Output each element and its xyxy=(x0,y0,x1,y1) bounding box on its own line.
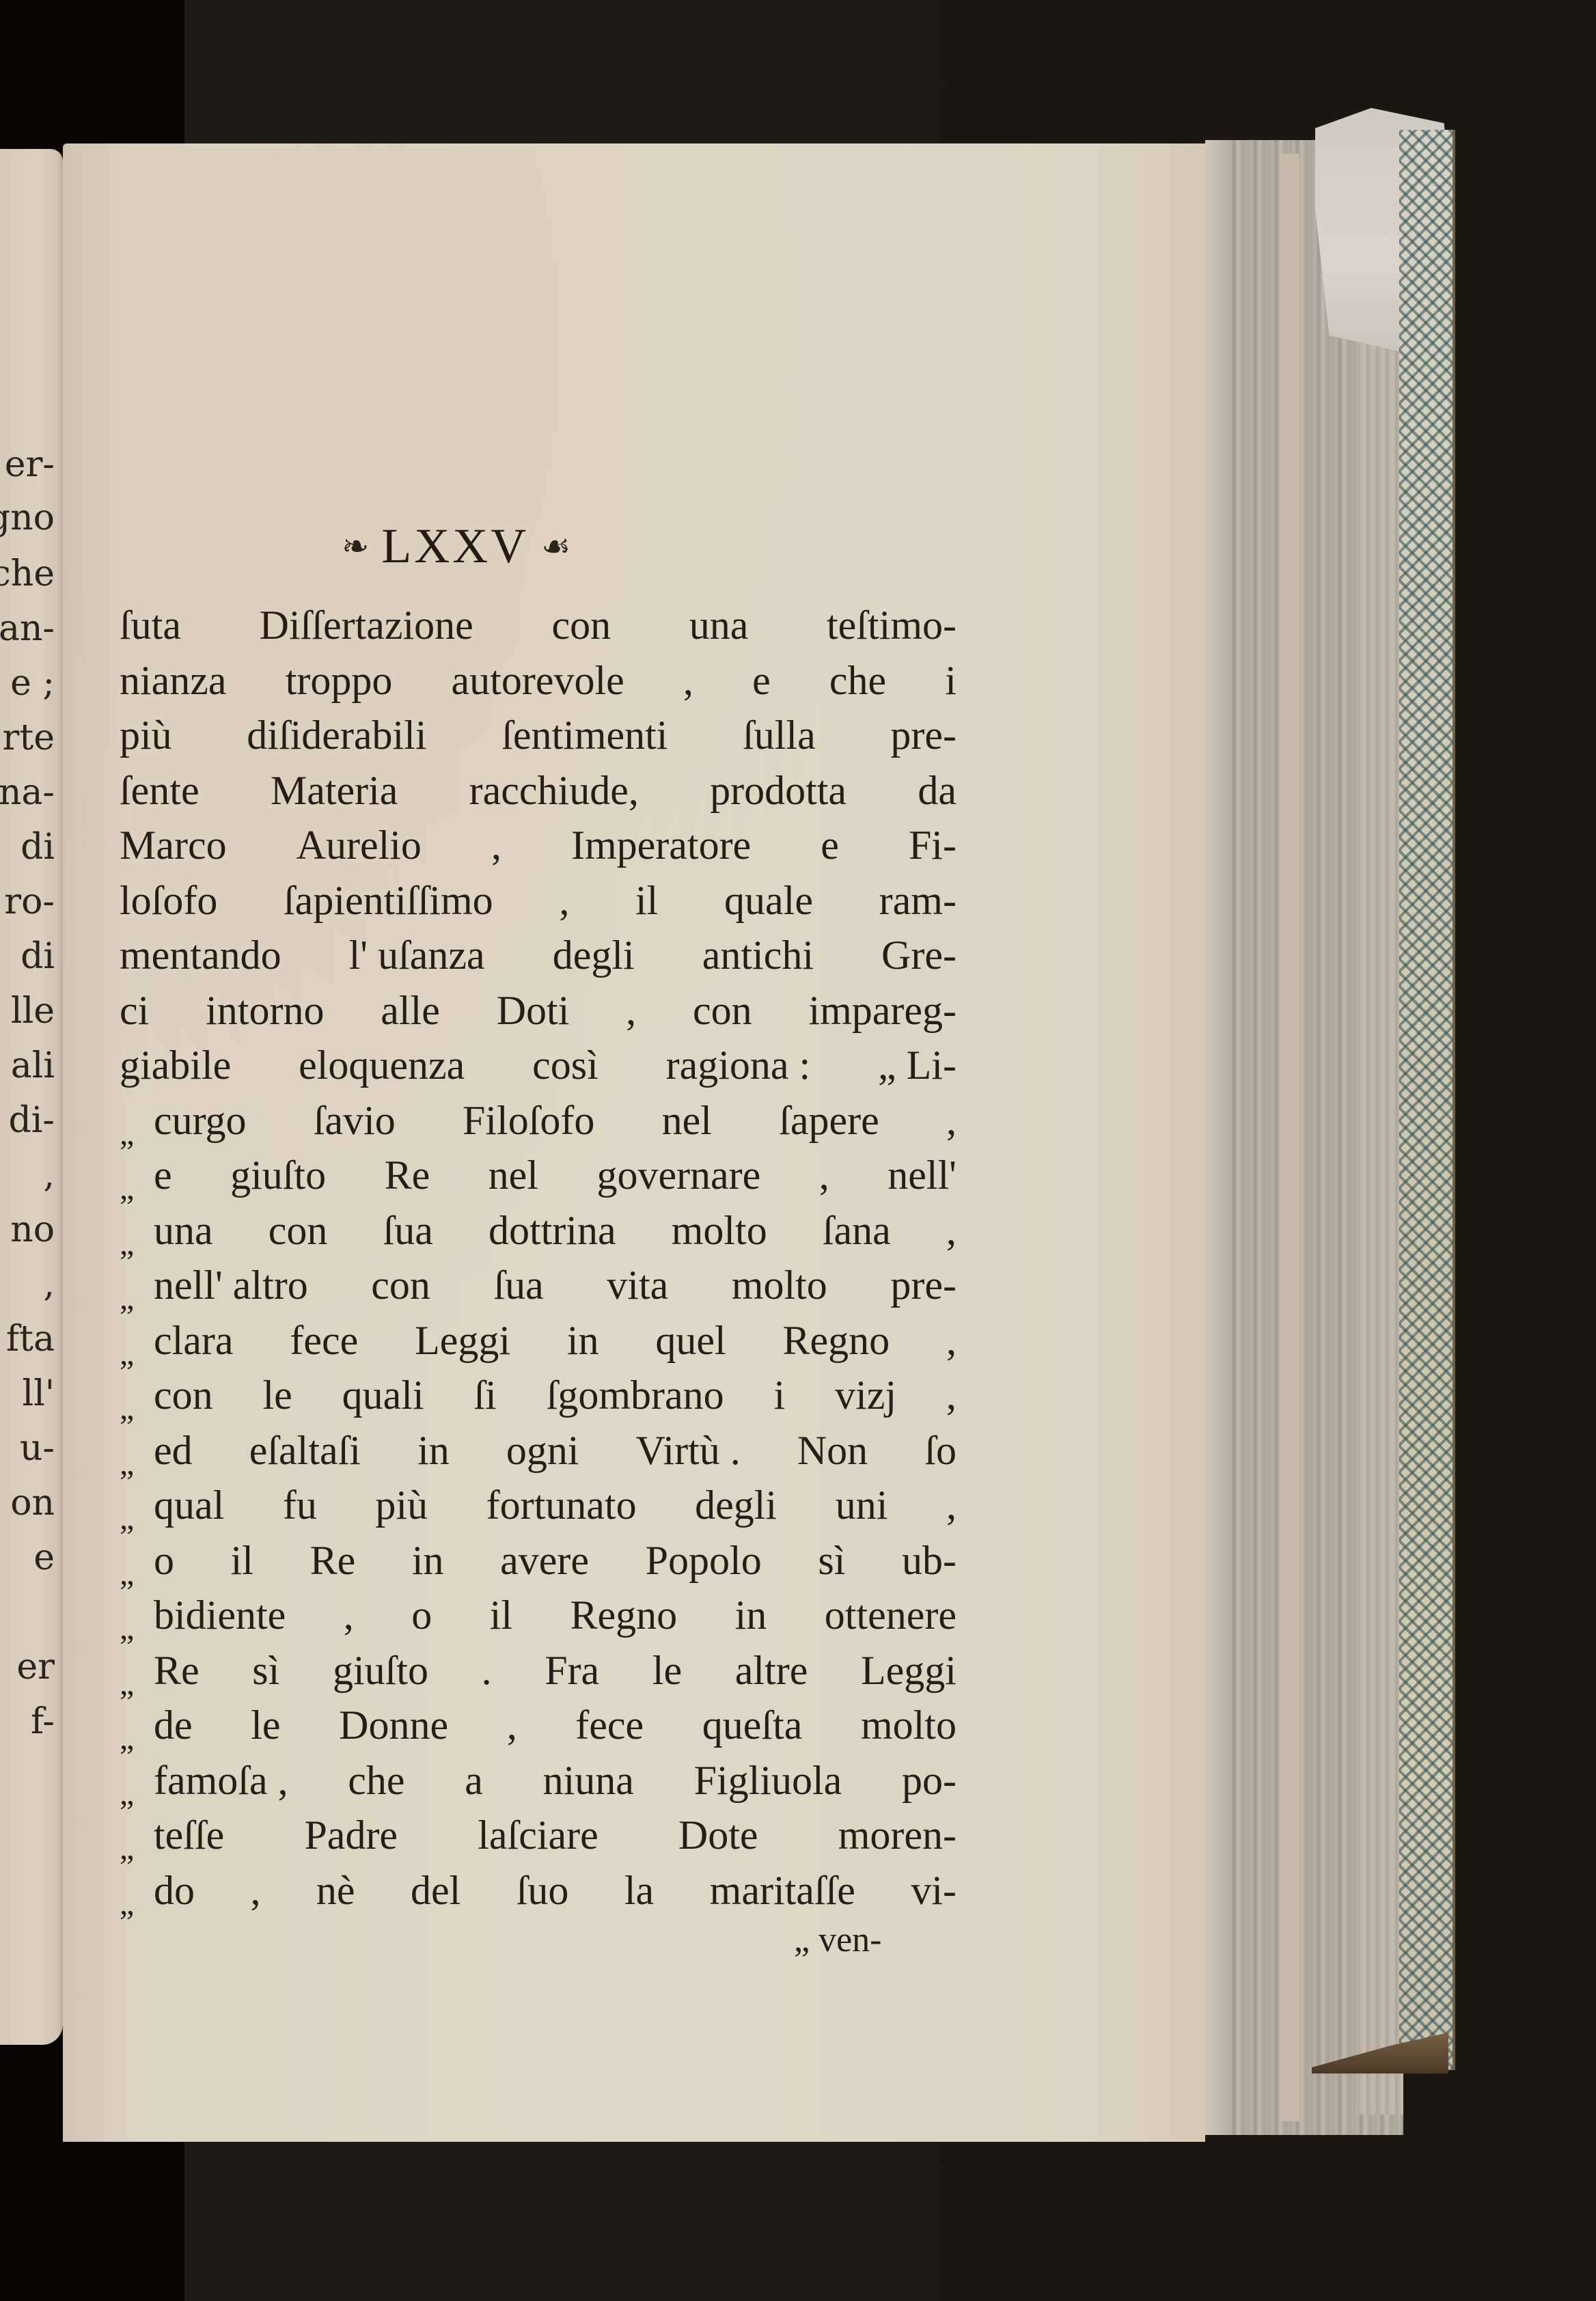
page-stack-band-outer xyxy=(1359,338,1403,2114)
word: avere xyxy=(500,1533,589,1588)
text-line: „famoſa ,cheaniunaFigliuolapo- xyxy=(120,1753,957,1808)
word: in xyxy=(417,1423,450,1478)
word: qual xyxy=(154,1478,224,1533)
word: impareg- xyxy=(808,983,957,1038)
text-line: „edeſaltaſiinogniVirtù .Nonſo xyxy=(120,1423,957,1478)
word: de xyxy=(154,1698,193,1753)
word: vizj xyxy=(835,1368,896,1423)
left-page-fragment: no xyxy=(10,1209,55,1250)
word: uni xyxy=(836,1478,888,1533)
word: nel xyxy=(662,1093,712,1148)
word: a xyxy=(465,1753,483,1808)
left-page-fragment: di- xyxy=(9,1100,55,1141)
word: con xyxy=(551,598,611,653)
word: che xyxy=(348,1753,404,1808)
word: ſente xyxy=(120,763,199,818)
left-page-fragment: ll' xyxy=(22,1373,55,1414)
word: ſentimenti xyxy=(501,708,668,763)
left-page-fragment: na- xyxy=(0,772,55,813)
word: Leggi xyxy=(415,1313,510,1368)
word: vi- xyxy=(911,1863,957,1918)
word: quel xyxy=(655,1313,726,1368)
word: prodotta xyxy=(710,763,847,818)
word: bidiente xyxy=(154,1588,286,1643)
catchword: „ ven- xyxy=(794,1920,881,1960)
line-words: clarafeceLeggiinquelRegno, xyxy=(154,1313,957,1368)
text-line: „curgoſavioFiloſofonelſapere, xyxy=(120,1093,957,1148)
word: Aurelio xyxy=(297,818,422,873)
text-line: „oilReinaverePopolosìub- xyxy=(120,1533,957,1588)
word: laſciare xyxy=(478,1808,598,1863)
line-words: giabileeloquenzacosìragiona :„ Li- xyxy=(120,1038,957,1093)
left-page-fragment: , xyxy=(43,1155,55,1196)
line-words: piùdiſiderabiliſentimentiſullapre- xyxy=(120,708,957,763)
word: fece xyxy=(290,1313,358,1368)
text-line: ciintornoalleDoti,conimpareg- xyxy=(120,983,957,1038)
word: eloquenza xyxy=(299,1038,465,1093)
left-page-fragment: , xyxy=(43,1264,55,1305)
left-page-fragment: che xyxy=(0,553,55,594)
word: nel xyxy=(489,1148,538,1203)
left-page-fragment: f- xyxy=(31,1701,55,1742)
word: „ Li- xyxy=(878,1038,957,1093)
word: ogni xyxy=(506,1423,579,1478)
line-words: edeſaltaſiinogniVirtù .Nonſo xyxy=(154,1423,957,1478)
word: Dote xyxy=(678,1808,758,1863)
line-words: ſenteMateriaracchiude,prodottada xyxy=(120,763,957,818)
text-line: „nell' altroconſuavitamoltopre- xyxy=(120,1258,957,1313)
left-page-fragment: ali xyxy=(11,1045,55,1086)
word: ſavio xyxy=(314,1093,396,1148)
text-line: ſenteMateriaracchiude,prodottada xyxy=(120,763,957,818)
right-page: ❧ LXXV ☙ ſutaDiſſertazioneconunateſtimo-… xyxy=(63,143,1205,2142)
page-stack-band xyxy=(1280,154,1299,2121)
word: Fi- xyxy=(909,818,957,873)
word: Regno xyxy=(570,1588,678,1643)
word: , xyxy=(946,1093,957,1148)
text-line: „conlequaliſiſgombranoivizj, xyxy=(120,1368,957,1423)
word: loſofo xyxy=(120,873,217,928)
word: la xyxy=(624,1863,654,1918)
word: molto xyxy=(732,1258,827,1313)
word: Doti xyxy=(497,983,570,1038)
word: famoſa , xyxy=(154,1753,288,1808)
word: . xyxy=(482,1643,492,1698)
left-page-fragment: rte xyxy=(2,717,55,758)
word: e xyxy=(821,818,839,873)
word: con xyxy=(269,1203,328,1258)
line-words: conlequaliſiſgombranoivizj, xyxy=(154,1368,957,1423)
word: con xyxy=(693,983,752,1038)
text-line: „do,nèdelſuolamaritaſſevi- xyxy=(120,1863,957,1918)
page-stack-edge xyxy=(1205,140,1230,2135)
left-page-fragment: an- xyxy=(0,608,55,649)
word: clara xyxy=(154,1313,234,1368)
page-number-folio: LXXV xyxy=(381,518,529,575)
left-page-sliver: er-gnochean-e ;rtena-diro-dillealidi-,no… xyxy=(0,149,63,2045)
word: Donne xyxy=(339,1698,448,1753)
word: diſiderabili xyxy=(247,708,426,763)
text-line: „egiuſtoRenelgovernare,nell' xyxy=(120,1148,957,1203)
word: con xyxy=(154,1368,213,1423)
word: pre- xyxy=(890,708,957,763)
quotation-mark: „ xyxy=(120,1877,147,1931)
word: più xyxy=(375,1478,428,1533)
word: nell' xyxy=(888,1148,957,1203)
word: niuna xyxy=(543,1753,634,1808)
word: eſaltaſi xyxy=(249,1423,361,1478)
word: in xyxy=(567,1313,599,1368)
word: pre- xyxy=(890,1258,957,1313)
word: le xyxy=(652,1643,682,1698)
word: ram- xyxy=(879,873,957,928)
word: che xyxy=(829,653,886,708)
line-words: Resìgiuſto.FralealtreLeggi xyxy=(154,1643,957,1698)
word: giuſto xyxy=(333,1643,428,1698)
word: Leggi xyxy=(861,1643,957,1698)
text-line: mentandol' uſanzadegliantichiGre- xyxy=(120,928,957,983)
word: degli xyxy=(695,1478,777,1533)
word: fece xyxy=(575,1698,644,1753)
word: il xyxy=(490,1588,512,1643)
word: così xyxy=(532,1038,598,1093)
word: curgo xyxy=(154,1093,247,1148)
word: Popolo xyxy=(646,1533,762,1588)
marbled-cover-edge xyxy=(1399,130,1455,2070)
word: intorno xyxy=(206,983,324,1038)
word: racchiude, xyxy=(469,763,639,818)
fleuron-right-icon: ☙ xyxy=(541,527,570,566)
word: in xyxy=(412,1533,444,1588)
left-page-fragment: ro- xyxy=(4,881,55,922)
word: ſua xyxy=(383,1203,433,1258)
word: , xyxy=(683,653,693,708)
word: giabile xyxy=(120,1038,231,1093)
word: Regno xyxy=(783,1313,890,1368)
word: e xyxy=(752,653,771,708)
word: teſſe xyxy=(154,1808,224,1863)
text-line: „qualfupiùfortunatodegliuni, xyxy=(120,1478,957,1533)
word: Re xyxy=(154,1643,199,1698)
word: ci xyxy=(120,983,149,1038)
word: , xyxy=(559,873,569,928)
word: ſuo xyxy=(517,1863,569,1918)
text-line: giabileeloquenzacosìragiona :„ Li- xyxy=(120,1038,957,1093)
word: Gre- xyxy=(881,928,957,983)
word: , xyxy=(946,1313,957,1368)
word: dottrina xyxy=(489,1203,616,1258)
word: mentando xyxy=(120,928,281,983)
left-page-fragment: di xyxy=(20,936,55,977)
word: il xyxy=(635,873,658,928)
word: quali xyxy=(342,1368,424,1423)
word: autorevole xyxy=(452,653,624,708)
word: Imperatore xyxy=(571,818,751,873)
word: ed xyxy=(154,1423,193,1478)
text-line: ſutaDiſſertazioneconunateſtimo- xyxy=(120,598,957,653)
word: , xyxy=(491,818,501,873)
page-header: ❧ LXXV ☙ xyxy=(63,518,1205,575)
word: sì xyxy=(252,1643,279,1698)
word: , xyxy=(250,1863,260,1918)
line-words: nell' altroconſuavitamoltopre- xyxy=(154,1258,957,1313)
body-text: ſutaDiſſertazioneconunateſtimo-nianzatro… xyxy=(120,598,957,1918)
word: ottenere xyxy=(825,1588,957,1643)
left-page-fragment: er xyxy=(16,1646,55,1687)
word: o xyxy=(411,1588,432,1643)
left-page-fragment: gno xyxy=(0,497,55,538)
line-words: nianzatroppoautorevole,echei xyxy=(120,653,957,708)
word: , xyxy=(344,1588,354,1643)
text-line: nianzatroppoautorevole,echei xyxy=(120,653,957,708)
word: , xyxy=(946,1368,957,1423)
word: da xyxy=(918,763,957,818)
line-words: oilReinaverePopolosìub- xyxy=(154,1533,957,1588)
line-words: mentandol' uſanzadegliantichiGre- xyxy=(120,928,957,983)
word: del xyxy=(411,1863,460,1918)
word: più xyxy=(120,708,172,763)
word: , xyxy=(946,1203,957,1258)
word: fu xyxy=(283,1478,317,1533)
word: antichi xyxy=(702,928,814,983)
word: in xyxy=(735,1588,767,1643)
word: o xyxy=(154,1533,174,1588)
line-words: unaconſuadottrinamoltoſana, xyxy=(154,1203,957,1258)
word: nell' altro xyxy=(154,1258,308,1313)
text-line: „bidiente,oilRegnoinottenere xyxy=(120,1588,957,1643)
word: fortunato xyxy=(486,1478,637,1533)
left-page-fragment: e xyxy=(33,1537,55,1578)
word: i xyxy=(774,1368,786,1423)
line-words: qualfupiùfortunatodegliuni, xyxy=(154,1478,957,1533)
word: Non xyxy=(797,1423,868,1478)
word: sì xyxy=(818,1533,845,1588)
word: Marco xyxy=(120,818,227,873)
text-line: piùdiſiderabiliſentimentiſullapre- xyxy=(120,708,957,763)
text-line: „clarafeceLeggiinquelRegno, xyxy=(120,1313,957,1368)
word: l' uſanza xyxy=(349,928,485,983)
word: molto xyxy=(861,1698,957,1753)
line-words: ſutaDiſſertazioneconunateſtimo- xyxy=(120,598,957,653)
word: Virtù . xyxy=(636,1423,741,1478)
left-page-fragment: e ; xyxy=(10,663,55,704)
word: Materia xyxy=(271,763,398,818)
line-words: bidiente,oilRegnoinottenere xyxy=(154,1588,957,1643)
word: maritaſſe xyxy=(710,1863,855,1918)
line-words: deleDonne,fecequeſtamolto xyxy=(154,1698,957,1753)
line-words: curgoſavioFiloſofonelſapere, xyxy=(154,1093,957,1148)
word: le xyxy=(263,1368,292,1423)
word: queſta xyxy=(702,1698,803,1753)
word: ragiona : xyxy=(666,1038,811,1093)
word: ſua xyxy=(493,1258,543,1313)
word: le xyxy=(251,1698,280,1753)
word: teſtimo- xyxy=(827,598,957,653)
word: ſgombrano xyxy=(547,1368,724,1423)
text-line: MarcoAurelio,ImperatoreeFi- xyxy=(120,818,957,873)
word: quale xyxy=(724,873,813,928)
word: , xyxy=(507,1698,517,1753)
word: vita xyxy=(607,1258,668,1313)
word: ſapere xyxy=(779,1093,879,1148)
left-page-fragment: lle xyxy=(11,991,55,1032)
word: nianza xyxy=(120,653,227,708)
word: Fra xyxy=(545,1643,599,1698)
word: degli xyxy=(553,928,635,983)
word: Filoſofo xyxy=(463,1093,594,1148)
line-words: do,nèdelſuolamaritaſſevi- xyxy=(154,1863,957,1918)
word: ſapientiſſimo xyxy=(284,873,493,928)
word: ſana xyxy=(823,1203,891,1258)
word: Diſſertazione xyxy=(260,598,473,653)
word: governare xyxy=(596,1148,760,1203)
word: il xyxy=(231,1533,253,1588)
word: altre xyxy=(735,1643,808,1698)
word: moren- xyxy=(838,1808,957,1863)
left-page-fragment: di xyxy=(20,827,55,868)
word: ſuta xyxy=(120,598,181,653)
word: Re xyxy=(310,1533,356,1588)
left-page-fragment: on xyxy=(10,1483,55,1524)
word: una xyxy=(154,1203,213,1258)
word: po- xyxy=(902,1753,957,1808)
word: do xyxy=(154,1863,195,1918)
word: ſi xyxy=(474,1368,497,1423)
word: ſulla xyxy=(743,708,816,763)
word: Figliuola xyxy=(694,1753,842,1808)
line-words: MarcoAurelio,ImperatoreeFi- xyxy=(120,818,957,873)
left-page-fragment: er- xyxy=(5,444,55,485)
word: troppo xyxy=(286,653,393,708)
line-words: famoſa ,cheaniunaFigliuolapo- xyxy=(154,1753,957,1808)
text-line: loſofoſapientiſſimo,ilqualeram- xyxy=(120,873,957,928)
word: giuſto xyxy=(230,1148,326,1203)
word: una xyxy=(689,598,749,653)
text-line: „unaconſuadottrinamoltoſana, xyxy=(120,1203,957,1258)
line-words: teſſePadrelaſciareDotemoren- xyxy=(154,1808,957,1863)
left-page-fragment: u- xyxy=(20,1428,55,1469)
word: ſo xyxy=(924,1423,957,1478)
word: , xyxy=(819,1148,829,1203)
word: nè xyxy=(316,1863,355,1918)
word: Re xyxy=(385,1148,430,1203)
line-words: egiuſtoRenelgovernare,nell' xyxy=(154,1148,957,1203)
word: alle xyxy=(381,983,440,1038)
text-line: „teſſePadrelaſciareDotemoren- xyxy=(120,1808,957,1863)
line-words: ciintornoalleDoti,conimpareg- xyxy=(120,983,957,1038)
text-line: „Resìgiuſto.FralealtreLeggi xyxy=(120,1643,957,1698)
word: , xyxy=(626,983,636,1038)
left-page-fragment: fta xyxy=(6,1319,55,1360)
word: e xyxy=(154,1148,172,1203)
word: , xyxy=(946,1478,957,1533)
fleuron-left-icon: ❧ xyxy=(342,527,369,566)
book-fore-edge xyxy=(1205,140,1403,2135)
text-line: „deleDonne,fecequeſtamolto xyxy=(120,1698,957,1753)
line-words: loſofoſapientiſſimo,ilqualeram- xyxy=(120,873,957,928)
word: i xyxy=(945,653,957,708)
word: ub- xyxy=(902,1533,957,1588)
word: Padre xyxy=(304,1808,398,1863)
word: molto xyxy=(672,1203,767,1258)
word: con xyxy=(371,1258,430,1313)
